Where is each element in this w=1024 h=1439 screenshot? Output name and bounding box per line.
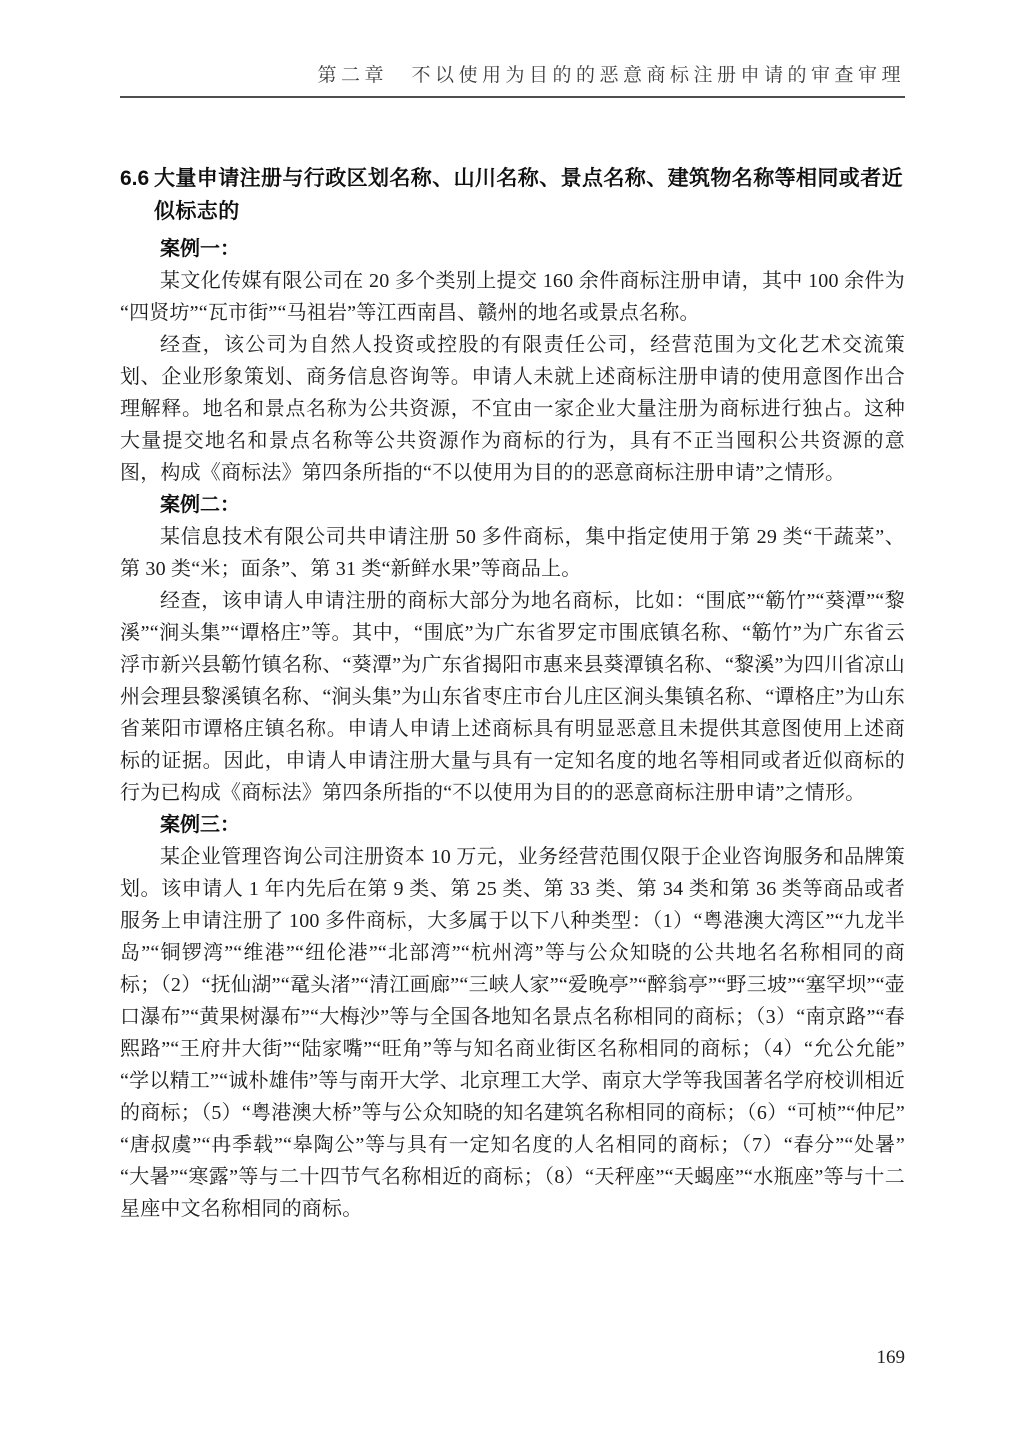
section-number: 6.6 xyxy=(120,162,154,228)
case-1-label: 案例一： xyxy=(120,233,905,265)
case-3-paragraph-1: 某企业管理咨询公司注册资本 10 万元，业务经营范围仅限于企业咨询服务和品牌策划… xyxy=(120,841,905,1225)
header-rule xyxy=(120,96,905,98)
section-heading: 6.6 大量申请注册与行政区划名称、山川名称、景点名称、建筑物名称等相同或者近似… xyxy=(120,162,905,228)
page-number: 169 xyxy=(877,1346,906,1370)
document-page: 第二章 不以使用为目的的恶意商标注册申请的审查审理 6.6 大量申请注册与行政区… xyxy=(0,0,1024,1439)
case-1-paragraph-2: 经查，该公司为自然人投资或控股的有限责任公司，经营范围为文化艺术交流策划、企业形… xyxy=(120,329,905,489)
case-2-paragraph-2: 经查，该申请人申请注册的商标大部分为地名商标，比如：“围底”“簕竹”“葵潭”“黎… xyxy=(120,585,905,809)
case-1-paragraph-1: 某文化传媒有限公司在 20 多个类别上提交 160 余件商标注册申请，其中 10… xyxy=(120,265,905,329)
case-3-label: 案例三： xyxy=(120,809,905,841)
running-header: 第二章 不以使用为目的的恶意商标注册申请的审查审理 xyxy=(120,0,905,98)
chapter-title: 第二章 不以使用为目的的恶意商标注册申请的审查审理 xyxy=(120,62,905,89)
case-block-2: 案例二： 某信息技术有限公司共申请注册 50 多件商标，集中指定使用于第 29 … xyxy=(120,489,905,809)
section-title: 大量申请注册与行政区划名称、山川名称、景点名称、建筑物名称等相同或者近似标志的 xyxy=(154,162,905,228)
case-block-1: 案例一： 某文化传媒有限公司在 20 多个类别上提交 160 余件商标注册申请，… xyxy=(120,233,905,489)
case-block-3: 案例三： 某企业管理咨询公司注册资本 10 万元，业务经营范围仅限于企业咨询服务… xyxy=(120,809,905,1225)
case-2-label: 案例二： xyxy=(120,489,905,521)
case-2-paragraph-1: 某信息技术有限公司共申请注册 50 多件商标，集中指定使用于第 29 类“干蔬菜… xyxy=(120,521,905,585)
